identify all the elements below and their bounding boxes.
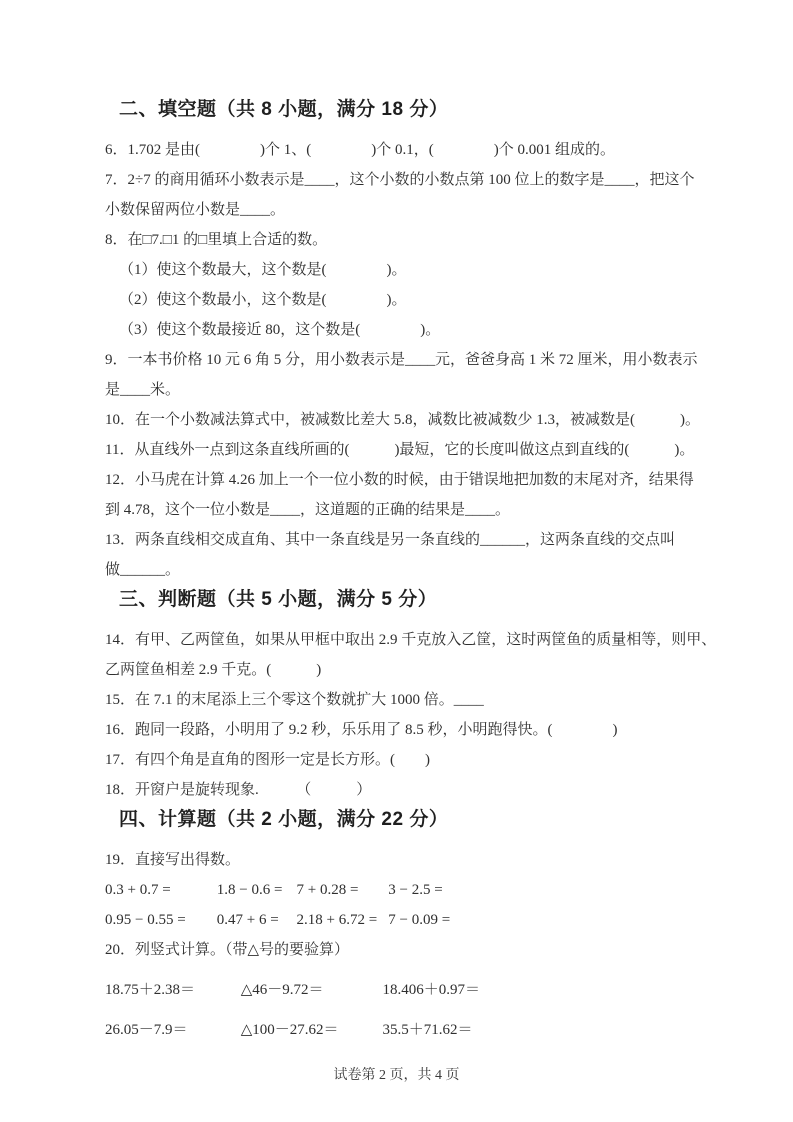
expression: △100－27.62＝ — [241, 1015, 379, 1045]
section-heading-calculation: 四、计算题（共 2 小题，满分 22 分） — [119, 805, 738, 835]
expression: 0.47 + 6 = — [217, 905, 293, 935]
question-20-title: 20．列竖式计算。（带△号的要验算） — [105, 935, 738, 965]
question-8: 8．在□7.□1 的□里填上合适的数。 — [105, 225, 738, 255]
question-19-row-2: 0.95 − 0.55 = 0.47 + 6 = 2.18 + 6.72 = 7… — [105, 905, 738, 935]
page-number-text: 试卷第 2 页，共 4 页 — [334, 1068, 460, 1083]
expression: △46－9.72＝ — [241, 975, 379, 1005]
question-7: 7．2÷7 的商用循环小数表示是____，这个小数的小数点第 100 位上的数字… — [105, 165, 738, 225]
question-8-item-2: （2）使这个数最小，这个数是( )。 — [105, 285, 738, 315]
expression: 35.5＋71.62＝ — [383, 1015, 473, 1045]
section-heading-fill-blank: 二、填空题（共 8 小题，满分 18 分） — [119, 95, 738, 125]
expression: 26.05－7.9＝ — [105, 1015, 237, 1045]
exam-content: 二、填空题（共 8 小题，满分 18 分） 6．1.702 是由( )个 1、(… — [105, 95, 738, 1045]
question-17: 17．有四个角是直角的图形一定是长方形。( ) — [105, 745, 738, 775]
question-16: 16．跑同一段路，小明用了 9.2 秒，乐乐用了 8.5 秒，小明跑得快。( ) — [105, 715, 738, 745]
expression: 3 − 2.5 = — [388, 875, 442, 905]
expression: 1.8 − 0.6 = — [217, 875, 293, 905]
question-19-title: 19．直接写出得数。 — [105, 845, 738, 875]
expression: 0.3 + 0.7 = — [105, 875, 213, 905]
section-heading-judgment: 三、判断题（共 5 小题，满分 5 分） — [119, 585, 738, 615]
question-9: 9．一本书价格 10 元 6 角 5 分，用小数表示是____元，爸爸身高 1 … — [105, 345, 738, 405]
question-14: 14．有甲、乙两筐鱼，如果从甲框中取出 2.9 千克放入乙筐，这时两筐鱼的质量相… — [105, 625, 738, 685]
expression: 2.18 + 6.72 = — [297, 905, 385, 935]
page-number-footer: 试卷第 2 页，共 4 页 — [0, 1064, 793, 1084]
expression: 0.95 − 0.55 = — [105, 905, 213, 935]
question-6: 6．1.702 是由( )个 1、( )个 0.1，( )个 0.001 组成的… — [105, 135, 738, 165]
expression: 18.75＋2.38＝ — [105, 975, 237, 1005]
question-19-row-1: 0.3 + 0.7 = 1.8 − 0.6 = 7 + 0.28 = 3 − 2… — [105, 875, 738, 905]
expression: 18.406＋0.97＝ — [383, 975, 481, 1005]
question-20-row-2: 26.05－7.9＝ △100－27.62＝ 35.5＋71.62＝ — [105, 1015, 738, 1045]
question-10: 10．在一个小数减法算式中，被减数比差大 5.8，减数比被减数少 1.3，被减数… — [105, 405, 738, 435]
question-13: 13．两条直线相交成直角、其中一条直线是另一条直线的______，这两条直线的交… — [105, 525, 738, 585]
question-20-row-1: 18.75＋2.38＝ △46－9.72＝ 18.406＋0.97＝ — [105, 975, 738, 1005]
question-15: 15．在 7.1 的末尾添上三个零这个数就扩大 1000 倍。____ — [105, 685, 738, 715]
expression: 7 + 0.28 = — [297, 875, 385, 905]
expression: 7 − 0.09 = — [388, 905, 450, 935]
question-11: 11．从直线外一点到这条直线所画的( )最短，它的长度叫做这点到直线的( )。 — [105, 435, 738, 465]
question-18: 18．开窗户是旋转现象. （ ） — [105, 775, 738, 805]
question-8-item-1: （1）使这个数最大，这个数是( )。 — [105, 255, 738, 285]
question-8-item-3: （3）使这个数最接近 80，这个数是( )。 — [105, 315, 738, 345]
exam-paper-page: 二、填空题（共 8 小题，满分 18 分） 6．1.702 是由( )个 1、(… — [0, 0, 793, 1122]
question-12: 12．小马虎在计算 4.26 加上一个一位小数的时候，由于错误地把加数的末尾对齐… — [105, 465, 738, 525]
